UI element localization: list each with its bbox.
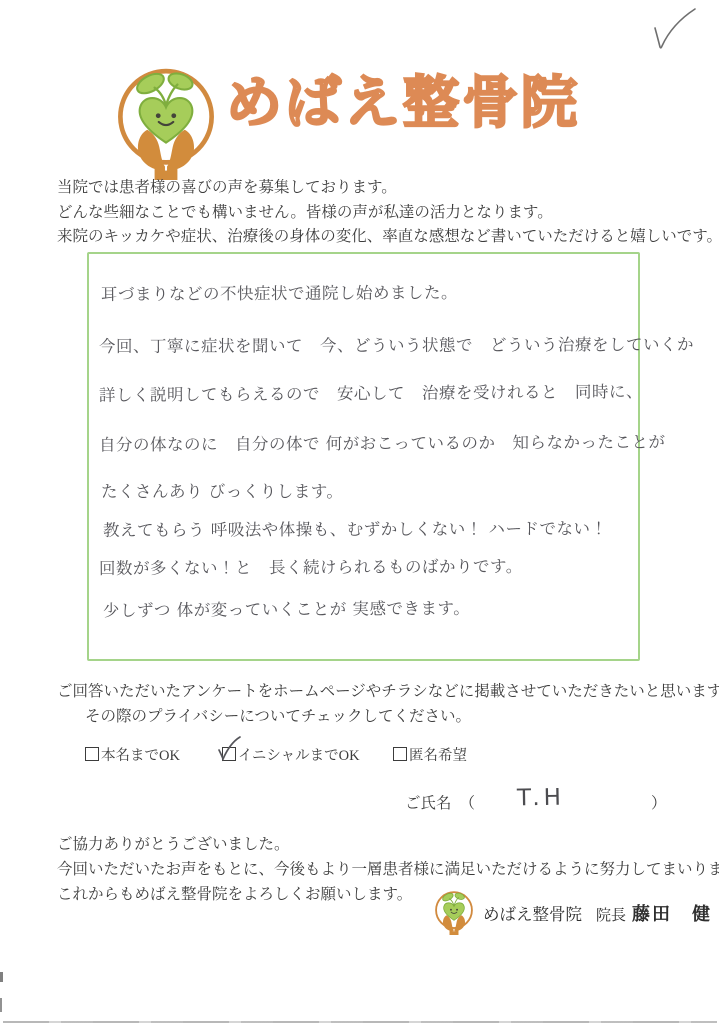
handwritten-tick-icon bbox=[216, 735, 242, 763]
handwritten-initials: T.H bbox=[517, 785, 565, 812]
option-initials: イニシャルまでOK bbox=[222, 744, 360, 765]
credit-director-name: 藤田 健 bbox=[632, 904, 712, 924]
privacy-options-row: 本名までOK イニシャルまでOK 匿名希望 bbox=[0, 744, 719, 774]
brand-header: めばえ整骨院 bbox=[112, 68, 580, 180]
handwritten-line: たくさんあり びっくりします。 bbox=[101, 478, 343, 502]
clinic-title: めばえ整骨院 bbox=[226, 76, 580, 132]
handwritten-checkmark bbox=[645, 6, 701, 56]
checkbox-real-name bbox=[85, 747, 99, 761]
paren-open: （ bbox=[460, 795, 476, 812]
handwritten-line: 詳しく説明してもらえるので 安心して 治療を受けれると 同時に、 bbox=[99, 378, 643, 406]
option-label: イニシャルまでOK bbox=[238, 748, 360, 764]
paren-close: ） bbox=[651, 795, 667, 812]
checkbox-anonymous bbox=[393, 747, 407, 761]
privacy-note: ご回答いただいたアンケートをホームページやチラシなどに掲載させていただきたいと思… bbox=[57, 680, 702, 729]
intro-line: 来院のキッカケや症状、治療後の身体の変化、率直な感想など書いていただけると嬉しい… bbox=[57, 225, 687, 250]
credit-text: めばえ整骨院院長藤田 健 bbox=[483, 900, 712, 926]
handwritten-line: 自分の体なのに 自分の体で 何がおこっているのか 知らなかったことが bbox=[99, 429, 666, 456]
name-field-row: ご氏名（T.H） bbox=[405, 788, 666, 814]
handwritten-line: 耳づまりなどの不快症状で通院し始めました。 bbox=[101, 279, 458, 305]
clinic-sprout-logo-icon bbox=[112, 68, 220, 180]
handwritten-line: 今回、丁寧に症状を聞いて 今、どういう状態で どういう治療をしていくか bbox=[99, 331, 694, 357]
scan-speck bbox=[0, 972, 3, 982]
scanned-questionnaire-page: めばえ整骨院 当院では患者様の喜びの声を募集しております。 どんな些細なことでも… bbox=[0, 0, 719, 1024]
name-field-label: ご氏名 bbox=[405, 795, 452, 812]
intro-line: どんな些細なことでも構いません。皆様の声が私達の活力となります。 bbox=[57, 201, 687, 226]
footer-credit: めばえ整骨院院長藤田 健 bbox=[433, 891, 712, 935]
closing-line: ご協力ありがとうございました。 bbox=[57, 832, 702, 857]
credit-clinic: めばえ整骨院 bbox=[483, 905, 582, 924]
intro-paragraph: 当院では患者様の喜びの声を募集しております。 どんな些細なことでも構いません。皆… bbox=[57, 176, 687, 250]
option-label: 匿名希望 bbox=[409, 748, 467, 764]
option-label: 本名までOK bbox=[101, 748, 180, 764]
credit-role: 院長 bbox=[596, 908, 626, 924]
handwritten-line: 回数が多くない！と 長く続けられるものばかりです。 bbox=[99, 553, 523, 579]
privacy-line: ご回答いただいたアンケートをホームページやチラシなどに掲載させていただきたいと思… bbox=[57, 680, 702, 705]
option-real-name: 本名までOK bbox=[85, 744, 180, 765]
intro-line: 当院では患者様の喜びの声を募集しております。 bbox=[57, 176, 687, 201]
scan-speck bbox=[0, 998, 2, 1012]
privacy-line: その際のプライバシーについてチェックしてください。 bbox=[57, 705, 702, 730]
handwritten-line: 教えてもらう 呼吸法や体操も、むずかしくない！ ハードでない！ bbox=[103, 515, 608, 541]
checkbox-initials-checked bbox=[222, 747, 236, 761]
clinic-sprout-logo-small-icon bbox=[433, 891, 475, 935]
testimonial-box: 耳づまりなどの不快症状で通院し始めました。 今回、丁寧に症状を聞いて 今、どうい… bbox=[87, 252, 640, 661]
scan-bottom-edge bbox=[3, 1021, 717, 1023]
handwritten-line: 少しずつ 体が変っていくことが 実感できます。 bbox=[103, 595, 470, 622]
option-anonymous: 匿名希望 bbox=[393, 744, 467, 765]
closing-line: 今回いただいたお声をもとに、今後もより一層患者様に満足いただけるように努力してま… bbox=[57, 857, 702, 882]
